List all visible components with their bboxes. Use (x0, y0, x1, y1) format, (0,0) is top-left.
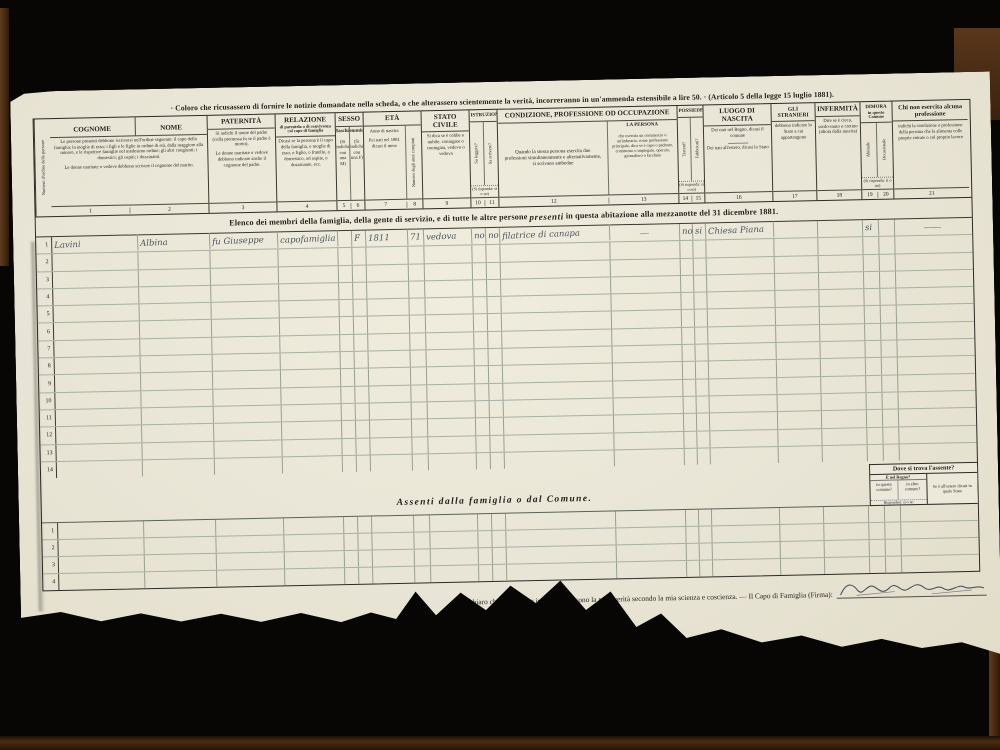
cell-abituale (867, 427, 883, 444)
column-desc-relazione: Dicasi se la persona è il capo della fam… (276, 136, 336, 201)
cell-sa-scrivere (488, 314, 502, 331)
cell-sa-scrivere (490, 418, 504, 435)
cell-eta-anni (410, 333, 426, 350)
cell-eta-anni (415, 566, 431, 582)
cell-num: 4 (43, 574, 59, 590)
cell-num: 1 (36, 237, 52, 254)
label-fabbricati: Fabbricati? (695, 139, 700, 159)
cell-nome (141, 372, 213, 390)
cell-fabbricati (694, 293, 707, 310)
cell-paternita (217, 553, 285, 570)
cell-stato-civile (426, 315, 474, 332)
cell-sesso-f (354, 334, 368, 351)
desc-text: Si indichi il nome del padre (colla prem… (210, 130, 273, 149)
cell-infermita (820, 307, 865, 324)
cell-relazione (281, 352, 341, 370)
desc-la-persona: che esercita un commercio o un'industria… (608, 130, 678, 161)
column-desc-stato-civile: Si dica se è celibe o nubile, coniugato … (422, 132, 470, 199)
cell-occasionale (879, 219, 895, 236)
cell-abituale (863, 237, 879, 254)
cell-num: 8 (39, 358, 55, 375)
cell-cognome (52, 253, 138, 271)
cell-nome (144, 520, 216, 538)
cell-stato-civile (427, 367, 475, 384)
cell-fabbricati (699, 510, 712, 526)
cell-occasionale (882, 392, 898, 409)
cell-eta-anno: 1811 (366, 229, 409, 247)
desc-text: Dei nati all'estero, dicasi lo Stato (706, 145, 769, 152)
cell-sa-leggere (479, 565, 493, 581)
cell-relazione: capofamiglia (278, 231, 339, 250)
cell-nome (139, 268, 211, 286)
cell-stato-civile (427, 384, 475, 401)
cell-paternita (211, 302, 279, 320)
cell-condizione (501, 260, 611, 279)
cell-eta-anno (370, 437, 412, 454)
cell-relazione (280, 335, 340, 353)
absent-section-title: Assenti dalla famiglia o dal Comune. (397, 494, 593, 508)
cell-eta-anni (411, 385, 427, 402)
photo-of-census-sheet: · Coloro che ricusassero di fornire le n… (0, 0, 1000, 750)
column-title-infermita: INFERMITÀ (815, 102, 859, 117)
cell-condizione (504, 398, 614, 417)
cell-chi-non (901, 504, 976, 522)
cell-sesso-f (353, 282, 367, 299)
cell-eta-anni (412, 437, 428, 454)
cell-sa-leggere (476, 418, 490, 435)
cell-la-persona (611, 259, 681, 277)
cell-stato-civile (425, 263, 473, 280)
cell-luogo-nascita (709, 360, 777, 378)
cell-terreni (683, 379, 696, 396)
column-header-relazione: RELAZIONE di parentela o di convivenza c… (276, 113, 338, 211)
istruzione-subcolumns: Sa leggere? Sa scrivere? (470, 121, 498, 185)
cell-occasionale (883, 427, 899, 444)
cell-sesso-f (353, 265, 367, 282)
cell-la-persona (614, 432, 684, 450)
note-femmina: (Si indichi con una F) (350, 136, 365, 162)
cell-sesso-m (345, 568, 359, 584)
cell-infermita (824, 506, 869, 523)
cell-sa-scrivere (488, 332, 502, 349)
cell-terreni (680, 241, 693, 258)
column-header-paternita: PATERNITÀ Si indichi il nome del padre (… (208, 114, 278, 212)
cell-eta-anno (372, 533, 414, 550)
column-desc-infermita: Dire se è cieco, sordo-muto o cretino (i… (816, 116, 862, 190)
column-header-stranieri: GLI STRANIERI debbono indicare lo Stato … (771, 103, 817, 201)
cell-condizione (504, 433, 614, 452)
cell-num: 3 (43, 557, 59, 573)
cell-sa-leggere (475, 384, 489, 401)
possiede-subcolumns: Terreni? Fabbricati? (678, 117, 704, 181)
cell-fabbricati (697, 396, 710, 413)
cell-chi-non (900, 443, 975, 461)
cell-nome (141, 389, 213, 407)
cell-relazione (282, 439, 342, 457)
cell-sesso-m (342, 421, 356, 438)
cell-cognome (58, 521, 144, 539)
cell-sa-leggere (479, 548, 493, 564)
column-header-luogo-nascita: LUOGO DI NASCITA Dei nati nel Regno, dic… (703, 104, 773, 202)
cell-infermita (819, 289, 864, 306)
cell-sesso-f (359, 568, 373, 584)
cell-paternita (214, 423, 282, 441)
cell-eta-anni: 71 (408, 229, 425, 246)
cell-terreni (687, 544, 700, 560)
cell-nome (143, 459, 215, 477)
cell-sesso-m (345, 551, 359, 567)
eta-subcolumns: Anno di nascita Pei nati nel 1881 dicasi… (364, 125, 423, 199)
cell-eta-anno (367, 299, 409, 316)
cell-sesso-f (352, 248, 366, 265)
cell-paternita (215, 457, 283, 475)
cell-la-persona (616, 527, 686, 544)
cell-infermita (819, 272, 864, 289)
cell-eta-anni (409, 264, 425, 281)
desc-text: Dei nati nel Regno, dicasi il comune (706, 127, 769, 140)
cell-chi-non (897, 322, 972, 340)
cell-sesso-f (355, 386, 369, 403)
cell-terreni (682, 327, 695, 344)
dimora-subcolumns: Abituale Occasionale (861, 122, 893, 177)
cell-relazione (281, 370, 341, 388)
cell-sesso-m (341, 369, 355, 386)
cell-sa-leggere (473, 263, 487, 280)
cell-chi-non (898, 356, 973, 374)
cell-la-persona (614, 397, 684, 415)
cell-occasionale (883, 410, 899, 427)
cell-luogo-nascita (708, 308, 776, 326)
cell-abituale (869, 523, 885, 539)
column-number-21: 21 (894, 187, 969, 199)
cell-chi-non (896, 253, 971, 271)
label-se-allestero: Se è all'estero dicasi in quale Stato (927, 473, 978, 504)
cell-nome (145, 554, 217, 572)
column-title-possiede: POSSIEDE (677, 106, 702, 118)
cell-abituale (864, 254, 880, 271)
cell-sa-scrivere (491, 453, 505, 470)
cell-sesso-m (340, 317, 354, 334)
cell-fabbricati (696, 379, 709, 396)
subcol-sa-leggere: Sa leggere? (470, 122, 485, 186)
cell-stato-civile (428, 401, 476, 418)
cell-infermita (819, 255, 864, 272)
label-sa-scrivere: Sa scrivere? (488, 142, 493, 163)
column-title-stato-civile: STATO CIVILE (421, 110, 468, 132)
sesso-subcolumns: Maschio (Si indichi con una M) Femmina (… (336, 126, 365, 200)
cell-eta-anno (368, 316, 410, 333)
cell-sa-leggere (478, 531, 492, 547)
cell-sa-scrivere (493, 565, 507, 581)
cell-stato-civile (425, 298, 473, 315)
cell-cognome (59, 572, 145, 590)
cell-luogo-nascita (712, 508, 780, 525)
column-number-9: 9 (423, 197, 470, 208)
cell-occasionale (886, 540, 902, 556)
cell-paternita (217, 570, 285, 587)
cell-sa-scrivere (490, 435, 504, 452)
cell-chi-non (901, 521, 976, 539)
cell-nome (140, 320, 212, 338)
cell-terreni (687, 561, 700, 577)
cell-luogo-nascita (707, 291, 775, 309)
cell-sesso-m (344, 517, 358, 533)
cell-cognome (56, 443, 142, 461)
cell-num: 4 (37, 289, 53, 306)
cell-terreni: no (680, 224, 694, 241)
cell-stranieri (776, 342, 820, 359)
cell-sesso-m (342, 438, 356, 455)
cell-stato-civile (430, 514, 478, 531)
desc-text: Le donne maritate o vedove debbono scriv… (53, 163, 206, 172)
cell-cognome (53, 287, 139, 305)
cell-eta-anno (367, 282, 409, 299)
cell-eta-anno (372, 516, 414, 533)
cell-stato-civile (424, 246, 472, 263)
cell-num: 10 (39, 393, 55, 410)
cell-fabbricati (697, 431, 710, 448)
column-number-14: 14 (679, 195, 692, 201)
cell-infermita (825, 540, 870, 557)
cell-sesso-f (358, 517, 372, 533)
cell-fabbricati (695, 310, 708, 327)
cell-cognome (53, 305, 139, 323)
label-occasionale: Occasionale (882, 139, 887, 161)
label-in-questo-comune: in questo comune? (870, 481, 899, 501)
cell-sa-leggere (473, 297, 487, 314)
column-header-condizione: CONDIZIONE, PROFESSIONE OD OCCUPAZIONE Q… (497, 106, 679, 207)
cell-eta-anni (411, 368, 427, 385)
column-number-11: 11 (485, 199, 498, 205)
cell-condizione (501, 295, 611, 314)
cell-nome (142, 424, 214, 442)
cell-abituale (868, 445, 884, 462)
cell-eta-anno (373, 550, 415, 567)
label-in-altro-comune: in altro comune? (899, 480, 927, 500)
cell-eta-anni (411, 350, 427, 367)
cell-stato-civile (426, 332, 474, 349)
signature-handwriting (836, 577, 986, 600)
cell-sesso-f (357, 455, 371, 472)
dove-box-regno: È nel Regno? in questo comune? in altro … (870, 474, 927, 505)
column-title-dimora: DIMORA in questo Comune (860, 102, 891, 124)
cell-eta-anni (409, 281, 425, 298)
cell-occasionale (882, 375, 898, 392)
cell-paternita (214, 440, 282, 458)
cell-chi-non (898, 391, 973, 409)
cell-condizione (503, 381, 613, 400)
cell-abituale (869, 506, 885, 522)
cell-occasionale (884, 444, 900, 461)
column-title-nome: NOME (135, 116, 207, 135)
column-header-chi-non-esercita: Chi non esercita alcuna professione indi… (892, 100, 969, 199)
head-of-family-signature-line (836, 579, 986, 599)
cell-la-persona: — (610, 224, 680, 242)
cell-chi-non (898, 374, 973, 392)
cell-la-persona (616, 510, 686, 527)
cell-cognome (56, 426, 142, 444)
cell-nome (145, 571, 217, 589)
cell-sa-leggere (475, 366, 489, 383)
cell-luogo-nascita (706, 239, 774, 257)
cell-sa-leggere (472, 245, 486, 262)
cell-luogo-nascita (712, 525, 780, 542)
cell-eta-anno (373, 567, 415, 584)
cell-sesso-f (354, 317, 368, 334)
cell-stranieri (777, 359, 821, 376)
cell-condizione: filatrice di canapa (500, 224, 611, 245)
cell-luogo-nascita (713, 559, 781, 576)
label-femmina: Femmina (350, 126, 365, 136)
declaration-text: Dichiaro che le suddette informazioni so… (462, 590, 833, 607)
cell-fabbricati (699, 527, 712, 543)
column-number-2: 2 (130, 205, 208, 213)
cell-sesso-m (339, 265, 353, 282)
cell-terreni (686, 510, 699, 526)
cell-sesso-f (356, 438, 370, 455)
cell-sa-scrivere (489, 366, 503, 383)
cell-eta-anni (410, 316, 426, 333)
cell-terreni (681, 276, 694, 293)
cell-sesso-m (339, 300, 353, 317)
cell-sa-leggere (474, 332, 488, 349)
cell-terreni (681, 258, 694, 275)
cell-eta-anno (369, 351, 411, 368)
cell-chi-non (895, 235, 970, 253)
cell-cognome (54, 339, 140, 357)
cell-relazione (278, 248, 338, 266)
cell-terreni (686, 527, 699, 543)
cell-sesso-f (355, 352, 369, 369)
note-si-risponda: (Si risponda: sì o no) (862, 177, 893, 190)
cell-sa-leggere (474, 349, 488, 366)
label-abituale: Abituale (867, 142, 872, 157)
cell-paternita (214, 405, 282, 423)
cell-chi-non: —— (895, 218, 970, 236)
cell-luogo-nascita (710, 395, 778, 413)
cell-infermita (818, 220, 863, 237)
subcol-occasionale: Occasionale (877, 122, 893, 176)
cell-num: 3 (37, 272, 53, 289)
cell-eta-anni (413, 454, 429, 471)
cell-cognome (58, 538, 144, 556)
column-number-10: 10 (471, 200, 485, 206)
cell-relazione (279, 283, 339, 301)
cell-luogo-nascita (709, 378, 777, 396)
cell-la-persona (610, 241, 680, 259)
subcol-anni-compiuti: Numero degli anni compiuti (405, 125, 422, 199)
cell-paternita (210, 250, 278, 268)
cell-eta-anni (415, 549, 431, 565)
column-desc-stranieri: debbono indicare lo Stato a cui apparten… (772, 121, 816, 191)
cell-paternita (216, 536, 284, 553)
cell-infermita (820, 324, 865, 341)
column-number-16: 16 (705, 191, 772, 202)
subtitle-text: in questo Comune (862, 110, 891, 120)
column-title-luogo-nascita: LUOGO DI NASCITA (703, 104, 770, 127)
cell-abituale: si (863, 220, 880, 237)
cell-nome (139, 286, 211, 304)
column-number-4: 4 (277, 200, 336, 211)
cell-relazione (285, 568, 345, 585)
cell-num: 7 (38, 341, 54, 358)
cell-eta-anni (412, 402, 428, 419)
cell-abituale (865, 306, 881, 323)
cell-sesso-f (359, 551, 373, 567)
cell-sesso-m (344, 534, 358, 550)
cell-chi-non (899, 408, 974, 426)
column-number-6: 6 (351, 202, 364, 208)
column-title-stranieri: GLI STRANIERI (771, 103, 814, 122)
cell-sesso-m (343, 456, 357, 473)
column-number-20: 20 (878, 191, 893, 197)
cell-abituale (866, 358, 882, 375)
cell-eta-anno (370, 420, 412, 437)
cell-eta-anno (367, 264, 409, 281)
cell-eta-anno (368, 333, 410, 350)
cell-sa-leggere (473, 280, 487, 297)
cell-eta-anni (414, 532, 430, 548)
cell-nome: Albina (138, 233, 211, 252)
cell-condizione (501, 277, 611, 296)
cell-terreni (681, 293, 694, 310)
cell-paternita (212, 319, 280, 337)
label-terreni: Terreni? (682, 142, 687, 157)
cell-abituale (865, 341, 881, 358)
cell-relazione (279, 300, 339, 318)
cell-stato-civile (428, 436, 476, 453)
cell-cognome (54, 322, 140, 340)
cell-sesso-m (340, 335, 354, 352)
cell-luogo-nascita (710, 412, 778, 430)
column-title-cognome: COGNOME (50, 117, 136, 136)
cell-stato-civile (429, 453, 477, 470)
column-desc-paternita: Si indichi il nome del padre (colla prem… (208, 128, 277, 203)
cell-stranieri (774, 238, 818, 255)
cell-stato-civile (430, 531, 478, 548)
cell-stato-civile (431, 565, 479, 582)
desc-text: Le donne maritate o vedove debbono indic… (210, 151, 273, 170)
cell-stato-civile (431, 548, 479, 565)
cell-sesso-m (342, 404, 356, 421)
cell-occasionale (881, 306, 897, 323)
cell-condizione (506, 529, 616, 547)
cell-occasionale (880, 289, 896, 306)
subcol-terreni: Terreni? (678, 117, 692, 181)
desc-due-professioni: Quando la stessa persona esercita due pr… (498, 147, 607, 171)
cell-chi-non (902, 555, 977, 573)
column-number-1: 1 (51, 207, 130, 215)
cell-la-persona (615, 449, 685, 467)
cell-eta-anni (408, 247, 424, 264)
cell-condizione (502, 329, 612, 348)
cell-occasionale (880, 254, 896, 271)
cell-stranieri (781, 558, 825, 575)
cell-cognome (55, 356, 141, 374)
column-number-5: 5 (337, 202, 351, 208)
cell-sa-scrivere (486, 245, 500, 262)
column-numbers: 19 20 (862, 189, 893, 200)
cell-sa-leggere (477, 453, 491, 470)
label-anni-compiuti: Numero degli anni compiuti (411, 137, 416, 187)
column-header-possiede: POSSIEDE Terreni? Fabbricati? (Si rispon… (677, 105, 705, 203)
banner-text: in questa abitazione alla mezzanotte del… (566, 207, 779, 220)
cell-chi-non (902, 538, 977, 556)
cell-sa-leggere (474, 315, 488, 332)
cell-occasionale (886, 557, 902, 573)
cell-fabbricati (700, 544, 713, 560)
wood-table-edge-left (0, 8, 9, 266)
